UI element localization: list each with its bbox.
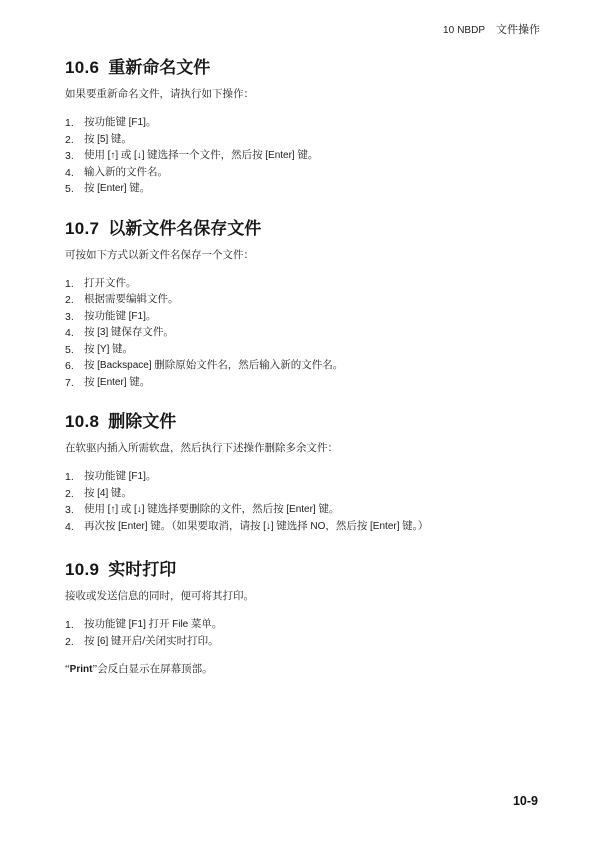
list-item: 3.使用 [↑] 或 [↓] 键选择一个文件，然后按 [Enter] 键。 <box>65 148 540 165</box>
section-rename-file: 10.6重新命名文件 如果要重新命名文件，请执行如下操作： 1.按功能键 [F1… <box>65 57 540 198</box>
list-item: 6.按 [Backspace] 删除原始文件名，然后输入新的文件名。 <box>65 358 540 375</box>
list-item-number: 3. <box>65 148 84 165</box>
section-intro: 在软驱内插入所需软盘，然后执行下述操作删除多余文件： <box>65 441 540 456</box>
running-header: 10 NBDP 文件操作 <box>65 24 540 37</box>
page-number: 10-9 <box>513 794 538 808</box>
section-intro: 如果要重新命名文件，请执行如下操作： <box>65 87 540 102</box>
section-title: 10.6重新命名文件 <box>65 57 540 79</box>
list-item: 7.按 [Enter] 键。 <box>65 375 540 392</box>
list-item-text: 按 [6] 键开启/关闭实时打印。 <box>84 634 540 651</box>
list-item-text: 根据需要编辑文件。 <box>84 292 540 309</box>
list-item-text: 按 [Enter] 键。 <box>84 375 540 392</box>
list-item-number: 1. <box>65 617 84 634</box>
section-number: 10.7 <box>65 219 99 238</box>
list-item: 4.再次按 [Enter] 键。（如果要取消，请按 [↓] 键选择 NO，然后按… <box>65 519 540 536</box>
list-item-text: 按 [5] 键。 <box>84 132 540 149</box>
list-item-number: 6. <box>65 358 84 375</box>
list-item: 4.按 [3] 键保存文件。 <box>65 325 540 342</box>
section-title-text: 删除文件 <box>108 412 176 431</box>
list-item-number: 3. <box>65 309 84 326</box>
page-content: 10 NBDP 文件操作 10.6重新命名文件 如果要重新命名文件，请执行如下操… <box>0 0 595 678</box>
list-item-text: 输入新的文件名。 <box>84 165 540 182</box>
section-title-text: 以新文件名保存文件 <box>108 219 261 238</box>
step-list: 1.打开文件。 2.根据需要编辑文件。 3.按功能键 [F1]。 4.按 [3]… <box>65 276 540 392</box>
section-number: 10.8 <box>65 412 99 431</box>
list-item: 3.使用 [↑] 或 [↓] 键选择要删除的文件，然后按 [Enter] 键。 <box>65 502 540 519</box>
list-item: 2.按 [6] 键开启/关闭实时打印。 <box>65 634 540 651</box>
step-list: 1.按功能键 [F1]。 2.按 [5] 键。 3.使用 [↑] 或 [↓] 键… <box>65 115 540 198</box>
list-item: 1.打开文件。 <box>65 276 540 293</box>
list-item-text: 按 [3] 键保存文件。 <box>84 325 540 342</box>
list-item-number: 4. <box>65 165 84 182</box>
section-title-text: 实时打印 <box>108 560 176 579</box>
section-intro: 可按如下方式以新文件名保存一个文件： <box>65 248 540 263</box>
list-item: 1.按功能键 [F1]。 <box>65 115 540 132</box>
list-item-number: 3. <box>65 502 84 519</box>
list-item: 2.按 [5] 键。 <box>65 132 540 149</box>
list-item-text: 再次按 [Enter] 键。（如果要取消，请按 [↓] 键选择 NO，然后按 [… <box>84 519 540 536</box>
list-item: 3.按功能键 [F1]。 <box>65 309 540 326</box>
list-item: 1.按功能键 [F1]。 <box>65 469 540 486</box>
list-item: 1.按功能键 [F1] 打开 File 菜单。 <box>65 617 540 634</box>
list-item-number: 4. <box>65 325 84 342</box>
section-spacer <box>65 391 540 411</box>
list-item-number: 5. <box>65 181 84 198</box>
section-title-text: 重新命名文件 <box>108 58 210 77</box>
list-item-number: 1. <box>65 115 84 132</box>
section-title: 10.7以新文件名保存文件 <box>65 218 540 240</box>
list-item-number: 7. <box>65 375 84 392</box>
section-realtime-print: 10.9实时打印 接收或发送信息的同时，便可将其打印。 1.按功能键 [F1] … <box>65 559 540 678</box>
step-list: 1.按功能键 [F1]。 2.按 [4] 键。 3.使用 [↑] 或 [↓] 键… <box>65 469 540 535</box>
list-item-number: 2. <box>65 486 84 503</box>
section-spacer <box>65 198 540 218</box>
list-item-text: 按 [Y] 键。 <box>84 342 540 359</box>
list-item: 2.根据需要编辑文件。 <box>65 292 540 309</box>
list-item-number: 4. <box>65 519 84 536</box>
manual-page: { "page": { "header": "10 NBDP 文件操作", "f… <box>0 0 595 842</box>
section-title: 10.9实时打印 <box>65 559 540 581</box>
step-list: 1.按功能键 [F1] 打开 File 菜单。 2.按 [6] 键开启/关闭实时… <box>65 617 540 650</box>
section-intro: 接收或发送信息的同时，便可将其打印。 <box>65 589 540 604</box>
section-number: 10.6 <box>65 58 99 77</box>
section-spacer <box>65 535 540 559</box>
list-item-text: 按 [Enter] 键。 <box>84 181 540 198</box>
list-item: 2.按 [4] 键。 <box>65 486 540 503</box>
section-number: 10.9 <box>65 560 99 579</box>
section-save-as: 10.7以新文件名保存文件 可按如下方式以新文件名保存一个文件： 1.打开文件。… <box>65 218 540 392</box>
list-item-text: 按功能键 [F1] 打开 File 菜单。 <box>84 617 540 634</box>
section-delete-file: 10.8删除文件 在软驱内插入所需软盘，然后执行下述操作删除多余文件： 1.按功… <box>65 411 540 535</box>
list-item-text: 使用 [↑] 或 [↓] 键选择一个文件，然后按 [Enter] 键。 <box>84 148 540 165</box>
list-item-number: 2. <box>65 634 84 651</box>
print-indicator-note: “Print”会反白显示在屏幕顶部。 <box>65 662 540 678</box>
list-item-text: 按功能键 [F1]。 <box>84 469 540 486</box>
list-item-number: 2. <box>65 292 84 309</box>
list-item-number: 1. <box>65 276 84 293</box>
list-item: 4.输入新的文件名。 <box>65 165 540 182</box>
list-item-number: 5. <box>65 342 84 359</box>
list-item-text: 使用 [↑] 或 [↓] 键选择要删除的文件，然后按 [Enter] 键。 <box>84 502 540 519</box>
list-item-text: 按功能键 [F1]。 <box>84 309 540 326</box>
list-item: 5.按 [Enter] 键。 <box>65 181 540 198</box>
list-item-text: 按 [4] 键。 <box>84 486 540 503</box>
list-item: 5.按 [Y] 键。 <box>65 342 540 359</box>
list-item-text: 按功能键 [F1]。 <box>84 115 540 132</box>
section-title: 10.8删除文件 <box>65 411 540 433</box>
list-item-text: 按 [Backspace] 删除原始文件名，然后输入新的文件名。 <box>84 358 540 375</box>
list-item-number: 2. <box>65 132 84 149</box>
list-item-number: 1. <box>65 469 84 486</box>
list-item-text: 打开文件。 <box>84 276 540 293</box>
